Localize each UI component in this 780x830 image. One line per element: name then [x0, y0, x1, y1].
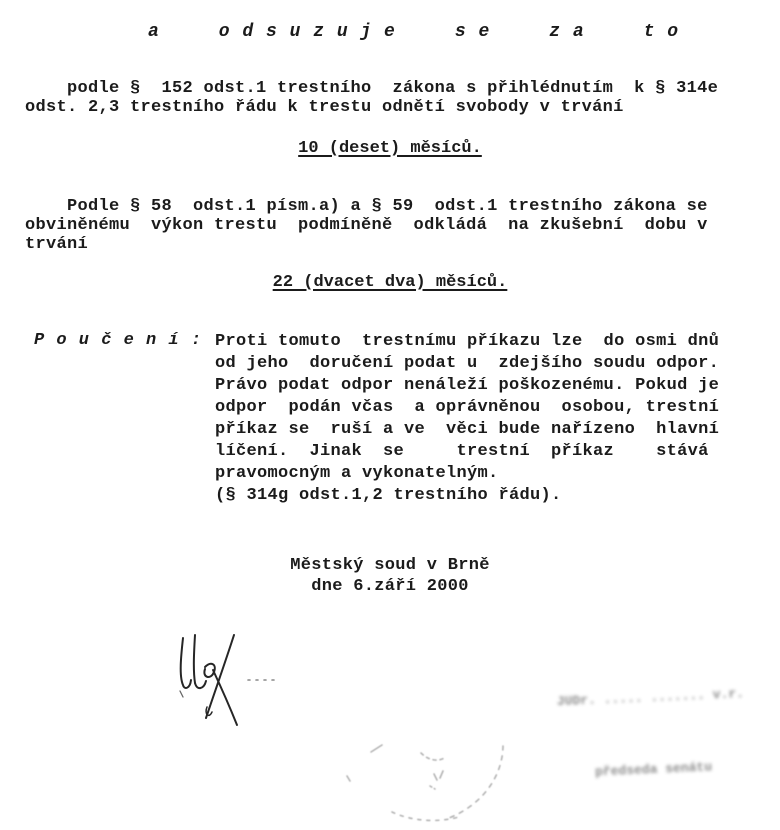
document-line: odst. 2,3 trestního řádu k trestu odnětí…: [25, 98, 718, 117]
court-date: dne 6.září 2000: [0, 576, 780, 597]
document-line: Právo podat odpor nenáleží poškozenému. …: [215, 375, 719, 397]
scanned-court-document: a o d s u z u j e s e z a t o podle § 15…: [0, 0, 780, 830]
document-line: obviněnému výkon trestu podmíněně odklád…: [25, 216, 708, 235]
verdict-heading: a o d s u z u j e s e z a t o: [148, 22, 679, 42]
document-line: trvání: [25, 235, 708, 254]
faint-round-stamp: [335, 726, 570, 830]
document-line: podle § 152 odst.1 trestního zákona s př…: [25, 79, 718, 98]
round-stamp-icon: [335, 726, 570, 826]
signer-name-line-illegible: JUDr. ..... ....... v.r.: [550, 682, 751, 715]
advisory-paragraph: Proti tomuto trestnímu příkazu lze do os…: [215, 331, 719, 507]
handwritten-signature: [150, 622, 290, 742]
sentencing-paragraph-1: podle § 152 odst.1 trestního zákona s př…: [25, 79, 718, 117]
sentence-duration-2: 22 (dvacet dva) měsíců.: [0, 273, 780, 292]
document-line: líčení. Jinak se trestní příkaz stává: [215, 441, 719, 463]
document-line: odpor podán včas a oprávněnou osobou, tr…: [215, 397, 719, 419]
document-line: Proti tomuto trestnímu příkazu lze do os…: [215, 331, 719, 353]
signer-name-stamp: JUDr. ..... ....... v.r. předseda senátu: [548, 634, 756, 830]
document-line: Podle § 58 odst.1 písm.a) a § 59 odst.1 …: [25, 197, 708, 216]
document-line: (§ 314g odst.1,2 trestního řádu).: [215, 485, 719, 507]
sentencing-paragraph-2: Podle § 58 odst.1 písm.a) a § 59 odst.1 …: [25, 197, 708, 254]
signature-scribble-icon: [150, 622, 290, 737]
court-name: Městský soud v Brně: [0, 555, 780, 576]
document-line: pravomocným a vykonatelným.: [215, 463, 719, 485]
advisory-label: P o u č e n í :: [34, 331, 202, 350]
document-line: příkaz se ruší a ve věci bude nařízeno h…: [215, 419, 719, 441]
document-line: od jeho doručení podat u zdejšího soudu …: [215, 353, 719, 375]
court-signature-block: Městský soud v Brně dne 6.září 2000: [0, 555, 780, 597]
signer-role-line: předseda senátu: [553, 754, 754, 787]
sentence-duration-1: 10 (deset) měsíců.: [0, 139, 780, 158]
